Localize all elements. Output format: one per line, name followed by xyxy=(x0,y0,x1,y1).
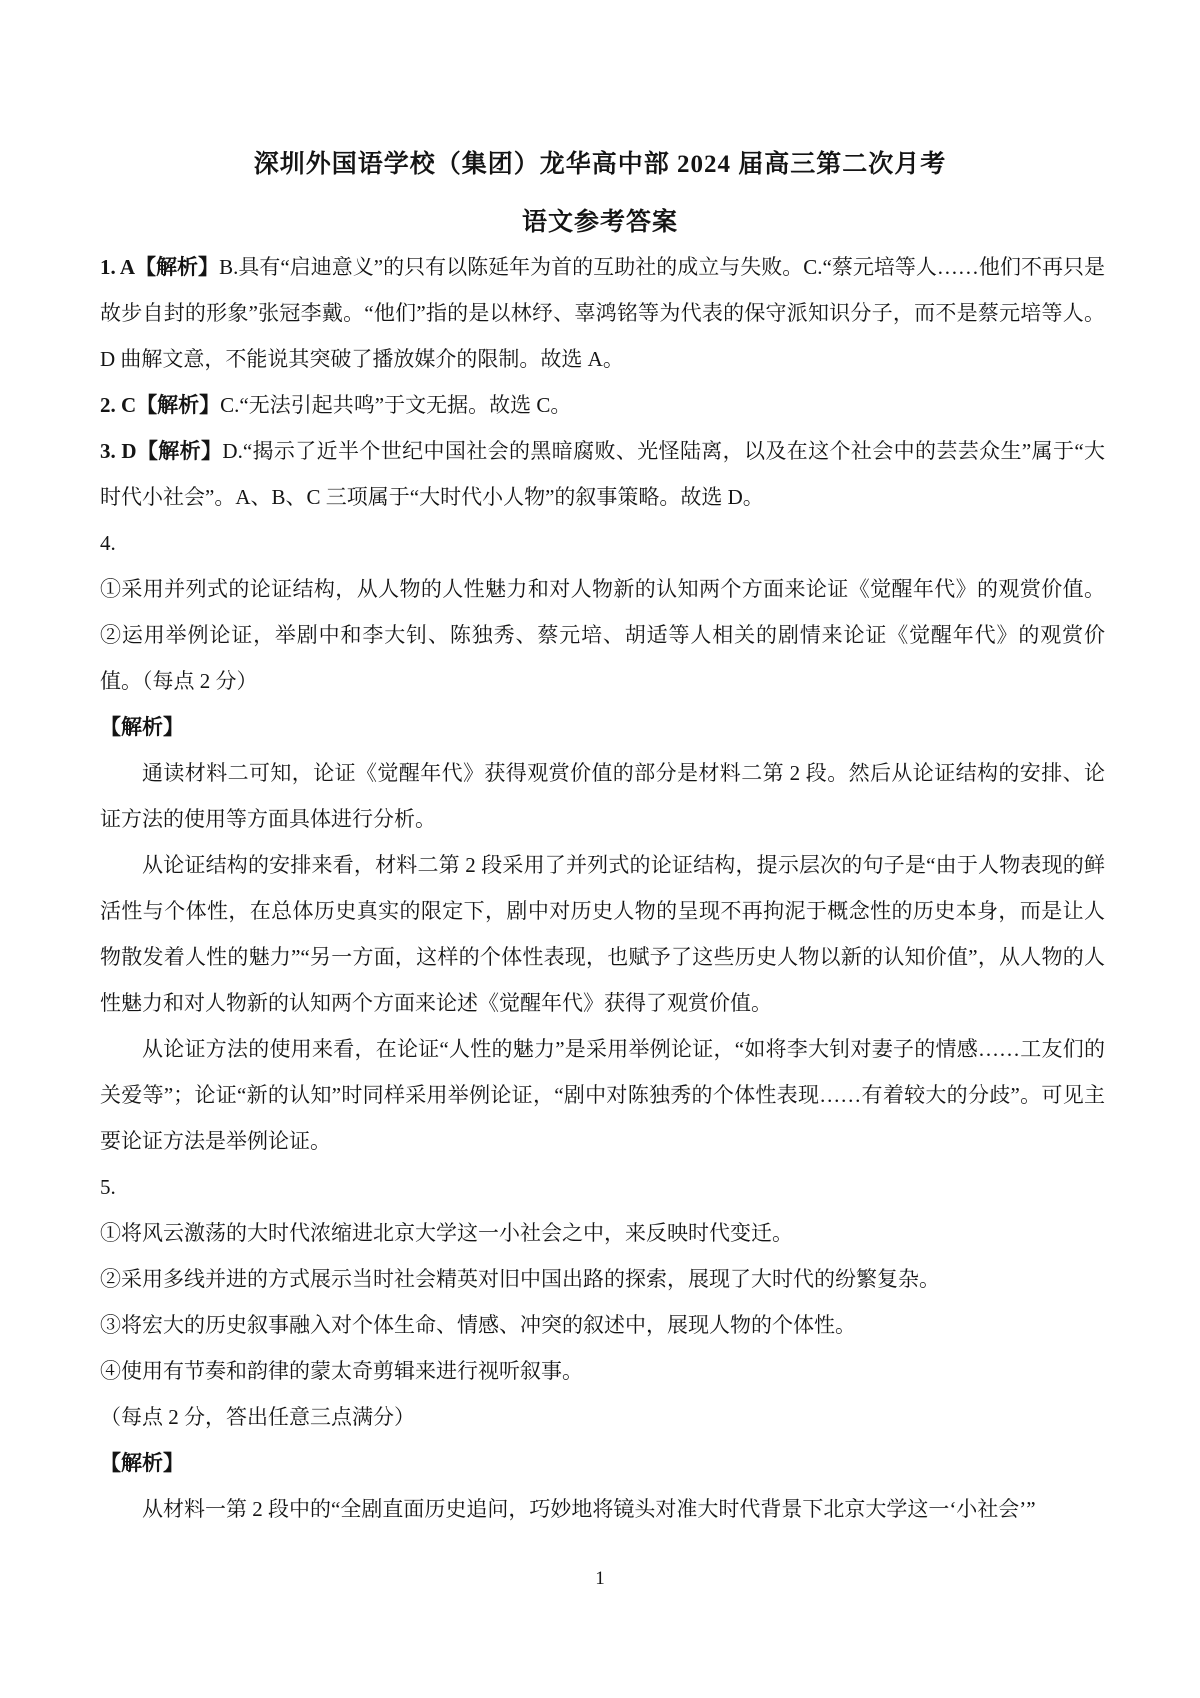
answer-4-analysis-para-3-text: 从论证方法的使用来看，在论证“人性的魅力”是采用举例论证，“如将李大钊对妻子的情… xyxy=(100,1037,1105,1153)
answer-4-number-text: 4. xyxy=(100,531,116,555)
answer-2: 2. C【解析】C.“无法引起共鸣”于文无据。故选 C。 xyxy=(100,382,1105,428)
answer-4-points: ①采用并列式的论证结构，从人物的人性魅力和对人物新的认知两个方面来论证《觉醒年代… xyxy=(100,566,1105,704)
answer-3-label: 3. D【解析】 xyxy=(100,439,222,463)
answer-4-analysis-label: 【解析】 xyxy=(100,704,1105,750)
answer-4-analysis-para-3: 从论证方法的使用来看，在论证“人性的魅力”是采用举例论证，“如将李大钊对妻子的情… xyxy=(100,1026,1105,1164)
document-title: 深圳外国语学校（集团）龙华高中部 2024 届高三第二次月考 xyxy=(0,146,1200,184)
answer-5-point-3: ③将宏大的历史叙事融入对个体生命、情感、冲突的叙述中，展现人物的个体性。 xyxy=(100,1302,1105,1348)
answer-5-point-1: ①将风云激荡的大时代浓缩进北京大学这一小社会之中，来反映时代变迁。 xyxy=(100,1210,1105,1256)
answer-4-points-text: ①采用并列式的论证结构，从人物的人性魅力和对人物新的认知两个方面来论证《觉醒年代… xyxy=(100,577,1105,693)
answer-4-number: 4. xyxy=(100,520,1105,566)
answer-1-text: B.具有“启迪意义”的只有以陈延年为首的互助社的成立与失败。C.“蔡元培等人……… xyxy=(100,255,1105,371)
answer-2-text: C.“无法引起共鸣”于文无据。故选 C。 xyxy=(220,393,571,417)
answer-4-analysis-para-1-text: 通读材料二可知，论证《觉醒年代》获得观赏价值的部分是材料二第 2 段。然后从论证… xyxy=(100,761,1105,831)
document-subtitle: 语文参考答案 xyxy=(0,204,1200,242)
answer-4-analysis-para-2: 从论证结构的安排来看，材料二第 2 段采用了并列式的论证结构，提示层次的句子是“… xyxy=(100,842,1105,1026)
answer-3: 3. D【解析】D.“揭示了近半个世纪中国社会的黑暗腐败、光怪陆离，以及在这个社… xyxy=(100,428,1105,520)
answer-3-text: D.“揭示了近半个世纪中国社会的黑暗腐败、光怪陆离，以及在这个社会中的芸芸众生”… xyxy=(100,439,1105,509)
analysis-label: 【解析】 xyxy=(100,715,184,739)
document-body: 1. A【解析】B.具有“启迪意义”的只有以陈延年为首的互助社的成立与失败。C.… xyxy=(0,242,1200,1532)
document-page: 深圳外国语学校（集团）龙华高中部 2024 届高三第二次月考 语文参考答案 1.… xyxy=(0,0,1200,1698)
answer-5-point-4-text: ④使用有节奏和韵律的蒙太奇剪辑来进行视听叙事。 xyxy=(100,1359,583,1383)
answer-5-point-1-text: ①将风云激荡的大时代浓缩进北京大学这一小社会之中，来反映时代变迁。 xyxy=(100,1221,793,1245)
answer-4-analysis-para-1: 通读材料二可知，论证《觉醒年代》获得观赏价值的部分是材料二第 2 段。然后从论证… xyxy=(100,750,1105,842)
answer-5-point-2-text: ②采用多线并进的方式展示当时社会精英对旧中国出路的探索，展现了大时代的纷繁复杂。 xyxy=(100,1267,940,1291)
answer-5-number-text: 5. xyxy=(100,1175,116,1199)
answer-5-number: 5. xyxy=(100,1164,1105,1210)
answer-5-analysis-para-1-text: 从材料一第 2 段中的“全剧直面历史追问，巧妙地将镜头对准大时代背景下北京大学这… xyxy=(142,1497,1036,1521)
answer-4-analysis-para-2-text: 从论证结构的安排来看，材料二第 2 段采用了并列式的论证结构，提示层次的句子是“… xyxy=(100,853,1105,1015)
answer-2-label: 2. C【解析】 xyxy=(100,393,220,417)
answer-5-point-4: ④使用有节奏和韵律的蒙太奇剪辑来进行视听叙事。 xyxy=(100,1348,1105,1394)
answer-5-point-3-text: ③将宏大的历史叙事融入对个体生命、情感、冲突的叙述中，展现人物的个体性。 xyxy=(100,1313,856,1337)
page-number: 1 xyxy=(0,1568,1200,1590)
answer-5-scoring-note: （每点 2 分，答出任意三点满分） xyxy=(100,1394,1105,1440)
answer-5-scoring-note-text: （每点 2 分，答出任意三点满分） xyxy=(100,1405,415,1429)
answer-5-point-2: ②采用多线并进的方式展示当时社会精英对旧中国出路的探索，展现了大时代的纷繁复杂。 xyxy=(100,1256,1105,1302)
answer-1: 1. A【解析】B.具有“启迪意义”的只有以陈延年为首的互助社的成立与失败。C.… xyxy=(100,244,1105,382)
answer-5-analysis-label: 【解析】 xyxy=(100,1440,1105,1486)
analysis-label: 【解析】 xyxy=(100,1451,184,1475)
answer-1-label: 1. A【解析】 xyxy=(100,255,219,279)
answer-5-analysis-para-1: 从材料一第 2 段中的“全剧直面历史追问，巧妙地将镜头对准大时代背景下北京大学这… xyxy=(100,1486,1105,1532)
